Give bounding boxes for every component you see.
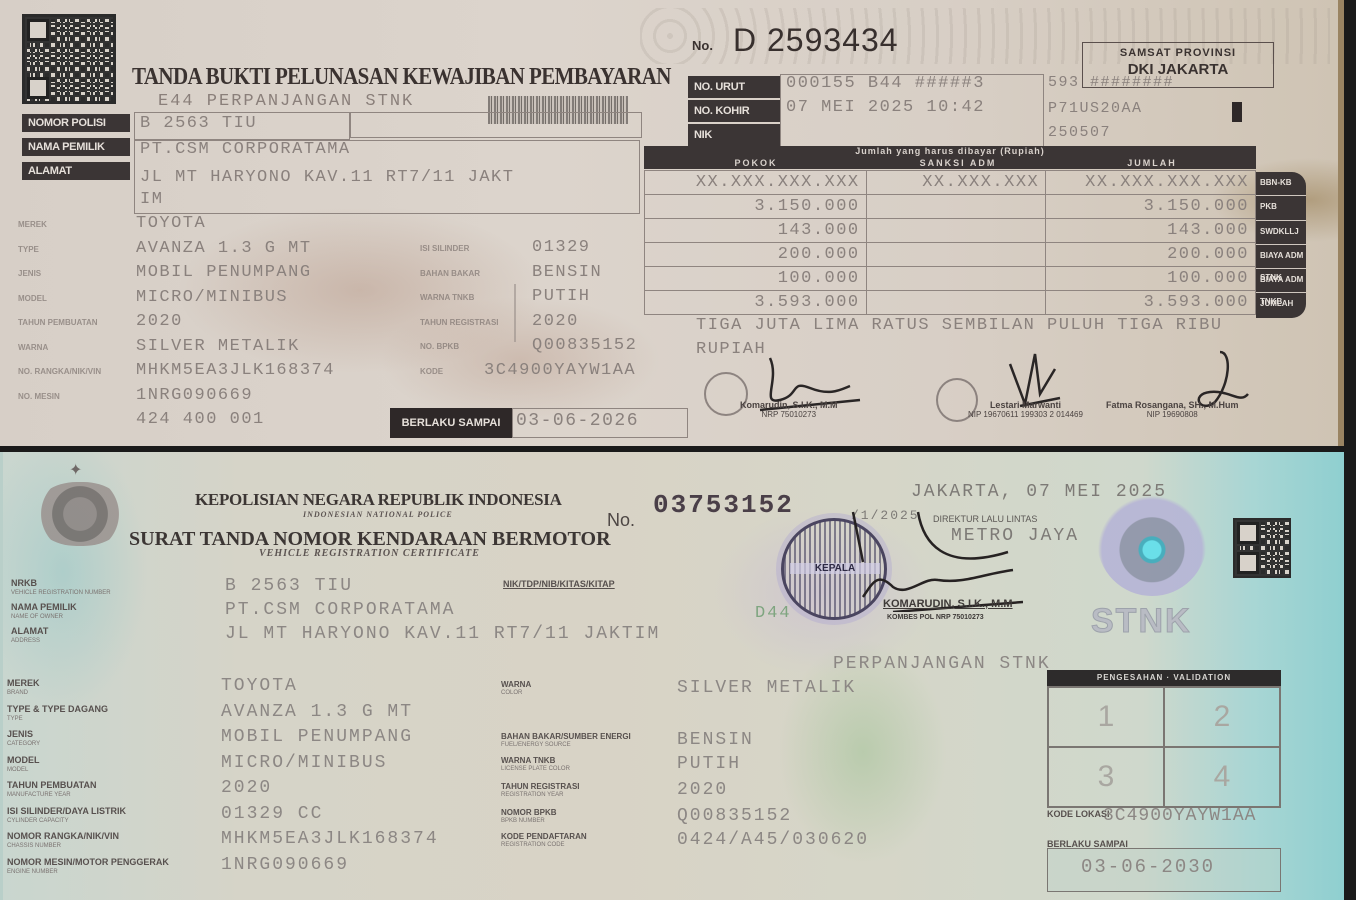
- payment-cell-jumlah: 143.000: [1046, 219, 1256, 243]
- value-no-urut-extra: 593 ########: [1048, 74, 1174, 91]
- field-label: ALAMAT: [11, 626, 48, 636]
- vehicle-field-label: MEREKBRAND: [7, 678, 40, 698]
- payment-cell-jumlah: 200.000: [1046, 243, 1256, 267]
- validation-header: PENGESAHAN · VALIDATION: [1047, 670, 1281, 686]
- owner-field-label: NRKBVEHICLE REGISTRATION NUMBER: [11, 578, 111, 598]
- validation-cell: 3: [1048, 747, 1164, 807]
- field-value: TOYOTA: [221, 676, 298, 696]
- nik-label: NIK/TDP/NIB/KITAS/KITAP: [503, 580, 615, 589]
- signature-icon: [823, 502, 1023, 612]
- vehicle-value: 2020: [136, 312, 183, 331]
- payment-row-code: SWDKLLJ: [1256, 221, 1306, 245]
- police-emblem-icon: [35, 482, 125, 546]
- vehicle-field-label: ISI SILINDER/DAYA LISTRIKCYLINDER CAPACI…: [7, 806, 126, 826]
- payment-row: XX.XXX.XXX.XXXXX.XXX.XXXXX.XXX.XXX.XXX: [645, 171, 1256, 195]
- receipt-title: TANDA BUKTI PELUNASAN KEWAJIBAN PEMBAYAR…: [132, 62, 671, 91]
- vehicle-field-label: NOMOR BPKBBPKB NUMBER: [501, 808, 557, 826]
- value-alamat: JL MT HARYONO KAV.11 RT7/11 JAKT: [140, 168, 514, 187]
- signatory-2: Lestari Marwanti NIP 19670611 199303 2 0…: [968, 360, 1083, 419]
- hologram-icon: [1097, 486, 1207, 596]
- field-box: [350, 112, 642, 138]
- field-label: KODE PENDAFTARAN: [501, 832, 587, 841]
- label-nomor-polisi: NOMOR POLISI: [22, 114, 130, 132]
- vehicle-value: Q00835152: [532, 336, 637, 355]
- officer-name: KOMARUDIN, S.I.K., M.M: [883, 598, 1013, 610]
- field-value: 2020: [677, 780, 728, 800]
- payment-table: XX.XXX.XXX.XXXXX.XXX.XXXXX.XXX.XXX.XXX3.…: [644, 170, 1256, 315]
- vehicle-label: TAHUN REGISTRASI: [420, 318, 499, 327]
- label-no-urut: NO. URUT: [688, 76, 780, 98]
- field-label: JENIS: [7, 729, 33, 739]
- field-sublabel: ADDRESS: [11, 636, 48, 646]
- field-sublabel: NAME OF OWNER: [11, 612, 77, 622]
- field-label: NAMA PEMILIK: [11, 602, 77, 612]
- field-value: Q00835152: [677, 806, 792, 826]
- stnk-certificate: ✦ KEPOLISIAN NEGARA REPUBLIK INDONESIA I…: [0, 452, 1350, 900]
- field-label: NOMOR BPKB: [501, 808, 557, 817]
- vehicle-value: MICRO/MINIBUS: [136, 288, 288, 307]
- field-label: NRKB: [11, 578, 37, 588]
- payment-cell-jumlah: 100.000: [1046, 267, 1256, 291]
- vehicle-field-label: NOMOR MESIN/MOTOR PENGGERAKENGINE NUMBER: [7, 857, 169, 877]
- field-label: NOMOR RANGKA/NIK/VIN: [7, 831, 119, 841]
- doc-number: D 2593434: [733, 22, 899, 59]
- field-sublabel: REGISTRATION YEAR: [501, 791, 580, 800]
- divider: [514, 284, 516, 342]
- field-label: MEREK: [7, 678, 40, 688]
- field-value: 1NRG090669: [221, 855, 349, 875]
- vehicle-field-label: TAHUN REGISTRASIREGISTRATION YEAR: [501, 782, 580, 800]
- vehicle-field-label: WARNACOLOR: [501, 680, 531, 698]
- payment-cell-pokok: XX.XXX.XXX.XXX: [645, 171, 867, 195]
- kode-lokasi-label: KODE LOKASI: [1047, 810, 1110, 819]
- payment-row-codes: BBN-KBPKBSWDKLLJBIAYA ADM STNKBIAYA ADM …: [1256, 172, 1306, 318]
- agency-subtitle: INDONESIAN NATIONAL POLICE: [303, 510, 453, 519]
- col-jumlah: JUMLAH: [1048, 157, 1256, 169]
- payment-cell-pokok: 3.150.000: [645, 195, 867, 219]
- owner-field-label: ALAMATADDRESS: [11, 626, 48, 646]
- payment-row: 3.593.0003.593.000: [645, 291, 1256, 315]
- vehicle-value: AVANZA 1.3 G MT: [136, 239, 312, 258]
- vehicle-label: ISI SILINDER: [420, 244, 469, 253]
- valid-until-value: 03-06-2026: [516, 411, 639, 431]
- vehicle-field-label: BAHAN BAKAR/SUMBER ENERGIFUEL/ENERGY SOU…: [501, 732, 631, 750]
- vehicle-value: BENSIN: [532, 263, 602, 282]
- payment-cell-jumlah: 3.593.000: [1046, 291, 1256, 315]
- field-sublabel: MODEL: [7, 765, 40, 775]
- field-sublabel: MANUFACTURE YEAR: [7, 790, 97, 800]
- star-icon: ✦: [69, 460, 82, 480]
- value-no-urut: 000155 B44 #####3: [786, 74, 985, 93]
- certificate-subtitle: VEHICLE REGISTRATION CERTIFICATE: [259, 548, 480, 559]
- validation-cell: 4: [1164, 747, 1280, 807]
- field-sublabel: TYPE: [7, 714, 108, 724]
- vehicle-label: BAHAN BAKAR: [420, 269, 480, 278]
- samsat-label: SAMSAT PROVINSI: [1083, 47, 1273, 59]
- qr-code-icon: [1233, 518, 1291, 578]
- vehicle-label: JENIS: [18, 269, 41, 278]
- vehicle-field-label: TAHUN PEMBUATANMANUFACTURE YEAR: [7, 780, 97, 800]
- label-alamat: ALAMAT: [22, 162, 130, 180]
- value-no-kohir: 07 MEI 2025 10:42: [786, 98, 985, 117]
- doc-number-label: No.: [607, 510, 635, 531]
- field-sublabel: BRAND: [7, 688, 40, 698]
- payment-cell-pokok: 200.000: [645, 243, 867, 267]
- vehicle-field-label: KODE PENDAFTARANREGISTRATION CODE: [501, 832, 587, 850]
- qr-code-icon: [22, 14, 116, 104]
- field-sublabel: LICENSE PLATE COLOR: [501, 765, 570, 774]
- col-sanksi: SANKSI ADM: [868, 157, 1048, 169]
- field-label: TYPE & TYPE DAGANG: [7, 704, 108, 714]
- valid-until-label: BERLAKU SAMPAI: [390, 408, 512, 438]
- field-label: WARNA TNKB: [501, 756, 555, 765]
- vehicle-value: MOBIL PENUMPANG: [136, 263, 312, 282]
- field-sublabel: BPKB NUMBER: [501, 817, 557, 826]
- col-pokok: POKOK: [644, 157, 868, 169]
- vehicle-value: 1NRG090669: [136, 386, 253, 405]
- field-sublabel: VEHICLE REGISTRATION NUMBER: [11, 588, 111, 598]
- vehicle-field-label: WARNA TNKBLICENSE PLATE COLOR: [501, 756, 570, 774]
- field-value: MOBIL PENUMPANG: [221, 727, 413, 747]
- value-nama-pemilik: PT.CSM CORPORATAMA: [140, 140, 351, 159]
- payment-cell-sanksi: [866, 291, 1046, 315]
- vehicle-value: PUTIH: [532, 287, 591, 306]
- field-label: NOMOR MESIN/MOTOR PENGGERAK: [7, 857, 169, 867]
- vehicle-value: 2020: [532, 312, 579, 331]
- signatory-1: Komarudin, S.I.K., M.M NRP 75010273: [740, 360, 838, 419]
- value-no-kohir-extra: P71US20AA: [1048, 100, 1143, 117]
- vehicle-value: TOYOTA: [136, 214, 206, 233]
- vehicle-label: TYPE: [18, 245, 39, 254]
- field-sublabel: ENGINE NUMBER: [7, 867, 169, 877]
- agency-title: KEPOLISIAN NEGARA REPUBLIK INDONESIA: [195, 490, 562, 510]
- owner-field-label: NAMA PEMILIKNAME OF OWNER: [11, 602, 77, 622]
- kode-samsat: D44: [755, 604, 792, 623]
- payment-header: Jumlah yang harus dibayar (Rupiah): [644, 146, 1256, 157]
- field-sublabel: CATEGORY: [7, 739, 40, 749]
- payment-cell-sanksi: [866, 219, 1046, 243]
- payment-row-code: BBN-KB: [1256, 172, 1306, 196]
- vehicle-value: 01329: [532, 238, 591, 257]
- payment-cell-pokok: 3.593.000: [645, 291, 867, 315]
- field-value: 0424/A45/030620: [677, 830, 869, 850]
- payment-row-code: PKB: [1256, 196, 1306, 220]
- vehicle-label: NO. RANGKA/NIK/VIN: [18, 367, 101, 376]
- field-value: B 2563 TIU: [225, 576, 353, 596]
- field-sublabel: COLOR: [501, 689, 531, 698]
- value-nomor-polisi: B 2563 TIU: [140, 114, 257, 133]
- payment-row: 143.000143.000: [645, 219, 1256, 243]
- stnk-logo: STNK: [1091, 602, 1192, 641]
- vehicle-label: MEREK: [18, 220, 47, 229]
- value-nik-extra: 250507: [1048, 124, 1111, 141]
- field-sublabel: CHASSIS NUMBER: [7, 841, 119, 851]
- field-label: MODEL: [7, 755, 40, 765]
- payment-row: 200.000200.000: [645, 243, 1256, 267]
- vehicle-label: MODEL: [18, 294, 47, 303]
- value-alamat-line2: IM: [140, 190, 163, 209]
- field-value: SILVER METALIK: [677, 678, 856, 698]
- vehicle-label: KODE: [420, 367, 443, 376]
- vehicle-label: NO. MESIN: [18, 392, 60, 401]
- vehicle-value: SILVER METALIK: [136, 337, 300, 356]
- vehicle-field-label: TYPE & TYPE DAGANGTYPE: [7, 704, 108, 724]
- payment-cell-pokok: 143.000: [645, 219, 867, 243]
- field-sublabel: CYLINDER CAPACITY: [7, 816, 126, 826]
- field-label: TAHUN PEMBUATAN: [7, 780, 97, 790]
- field-value: MICRO/MINIBUS: [221, 753, 387, 773]
- signatory-3: Fatma Rosangana, SH., M.Hum NIP 19690808: [1106, 360, 1239, 419]
- field-label: BAHAN BAKAR/SUMBER ENERGI: [501, 732, 631, 741]
- vehicle-label: NO. BPKB: [420, 342, 459, 351]
- seal-mark-icon: [1232, 102, 1242, 122]
- field-value: MHKM5EA3JLK168374: [221, 829, 439, 849]
- field-label: ISI SILINDER/DAYA LISTRIK: [7, 806, 126, 816]
- vehicle-field-label: NOMOR RANGKA/NIK/VINCHASSIS NUMBER: [7, 831, 119, 851]
- label-nik: NIK: [688, 124, 780, 146]
- doc-number: 03753152: [653, 490, 794, 520]
- label-nama-pemilik: NAMA PEMILIK: [22, 138, 130, 156]
- vehicle-value: MHKM5EA3JLK168374: [136, 361, 335, 380]
- validation-cell: 1: [1048, 687, 1164, 747]
- receipt-subtitle: E44 PERPANJANGAN STNK: [158, 92, 414, 111]
- field-value: PUTIH: [677, 754, 741, 774]
- payment-cell-sanksi: [866, 195, 1046, 219]
- field-value: BENSIN: [677, 730, 754, 750]
- officer-rank: KOMBES POL NRP 75010273: [887, 614, 984, 621]
- vehicle-label: WARNA TNKB: [420, 293, 474, 302]
- doc-number-label: No.: [692, 38, 713, 53]
- valid-until-value: 03-06-2030: [1081, 856, 1215, 878]
- kode-lokasi-value: 3C4900YAYW1AA: [1103, 806, 1256, 826]
- field-value: PT.CSM CORPORATAMA: [225, 600, 455, 620]
- field-value: AVANZA 1.3 G MT: [221, 702, 413, 722]
- payment-cell-pokok: 100.000: [645, 267, 867, 291]
- label-no-kohir: NO. KOHIR: [688, 100, 780, 122]
- field-sublabel: FUEL/ENERGY SOURCE: [501, 741, 631, 750]
- payment-columns: POKOK SANKSI ADM JUMLAH: [644, 157, 1256, 169]
- vehicle-value: 424 400 001: [136, 410, 265, 429]
- field-label: WARNA: [501, 680, 531, 689]
- payment-row-code: BIAYA ADM STNK: [1256, 245, 1306, 269]
- payment-row-code: BIAYA ADM TNKB: [1256, 269, 1306, 293]
- payment-cell-sanksi: [866, 243, 1046, 267]
- validation-grid: 1 2 3 4: [1047, 686, 1281, 808]
- remark: PERPANJANGAN STNK: [833, 654, 1051, 674]
- field-sublabel: REGISTRATION CODE: [501, 841, 587, 850]
- tbpkp-receipt: TANDA BUKTI PELUNASAN KEWAJIBAN PEMBAYAR…: [0, 0, 1344, 446]
- field-value: JL MT HARYONO KAV.11 RT7/11 JAKTIM: [225, 624, 660, 644]
- payment-cell-jumlah: XX.XXX.XXX.XXX: [1046, 171, 1256, 195]
- payment-cell-sanksi: [866, 267, 1046, 291]
- payment-cell-jumlah: 3.150.000: [1046, 195, 1256, 219]
- vehicle-field-label: MODELMODEL: [7, 755, 40, 775]
- vehicle-value: 3C4900YAYW1AA: [484, 361, 636, 380]
- payment-row: 3.150.0003.150.000: [645, 195, 1256, 219]
- vehicle-label: WARNA: [18, 343, 48, 352]
- field-label: TAHUN REGISTRASI: [501, 782, 580, 791]
- field-value: 01329 CC: [221, 804, 323, 824]
- validation-cell: 2: [1164, 687, 1280, 747]
- payment-cell-sanksi: XX.XXX.XXX: [866, 171, 1046, 195]
- vehicle-label: TAHUN PEMBUATAN: [18, 318, 98, 327]
- field-value: 2020: [221, 778, 272, 798]
- payment-row: 100.000100.000: [645, 267, 1256, 291]
- vehicle-field-label: JENISCATEGORY: [7, 729, 40, 749]
